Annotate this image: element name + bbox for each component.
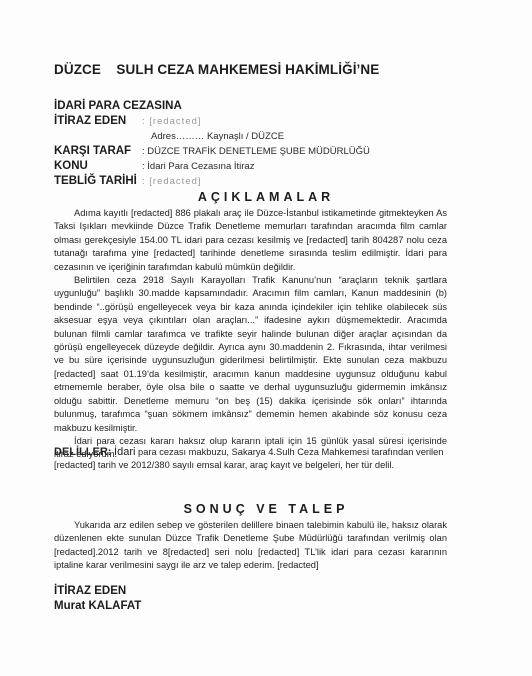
field-label: KARŞI TARAF [54,144,142,159]
field-value: : İdari Para Cezasına İtiraz [142,159,254,174]
document-heading: İDARİ PARA CEZASINA [54,99,370,114]
paragraph: Yukarıda arz edilen sebep ve gösterilen … [54,519,447,573]
field-label: İTİRAZ EDEN [54,114,142,129]
signature-name: Murat KALAFAT [54,599,141,614]
field-konu: KONU : İdari Para Cezasına İtiraz [54,159,370,174]
signature-label: İTİRAZ EDEN [54,584,141,599]
field-value-redacted: : [redacted] [142,114,202,129]
court-title: DÜZCE SULH CEZA MAHKEMESİ HAKİMLİĞİ’NE [54,62,379,77]
header-fields: İDARİ PARA CEZASINA İTİRAZ EDEN : [redac… [54,99,370,189]
signature-block: İTİRAZ EDEN Murat KALAFAT [54,584,141,614]
document-page: DÜZCE SULH CEZA MAHKEMESİ HAKİMLİĞİ’NE İ… [0,0,532,676]
paragraph: Belirtilen ceza 2918 Sayılı Karayolları … [54,274,447,435]
deliller-section: DELİLLER: İdari para cezası makbuzu, Sak… [54,446,447,473]
field-label: KONU [54,159,142,174]
section-title-aciklamalar: AÇIKLAMALAR [0,190,532,204]
deliller-first-word: İdari [114,446,135,458]
field-value: : DÜZCE TRAFİK DENETLEME ŞUBE MÜDÜRLÜĞÜ [142,144,370,159]
field-itiraz-eden: İTİRAZ EDEN : [redacted] [54,114,370,129]
aciklamalar-body: Adıma kayıtlı [redacted] 886 plakalı ara… [54,207,447,462]
deliller-text: para cezası makbuzu, Sakarya 4.Sulh Ceza… [54,447,443,470]
field-address: Adres……… Kaynaşlı / DÜZCE [54,129,370,144]
sonuc-body: Yukarıda arz edilen sebep ve gösterilen … [54,519,447,573]
section-title-sonuc: SONUÇ VE TALEP [0,502,532,516]
field-teblig-tarihi: TEBLİĞ TARİHİ : [redacted] [54,174,370,189]
deliller-label: DELİLLER: [54,446,111,458]
paragraph: Adıma kayıtlı [redacted] 886 plakalı ara… [54,207,447,274]
field-value-redacted: : [redacted] [142,174,202,189]
field-label: TEBLİĞ TARİHİ [54,174,142,189]
field-karsi-taraf: KARŞI TARAF : DÜZCE TRAFİK DENETLEME ŞUB… [54,144,370,159]
